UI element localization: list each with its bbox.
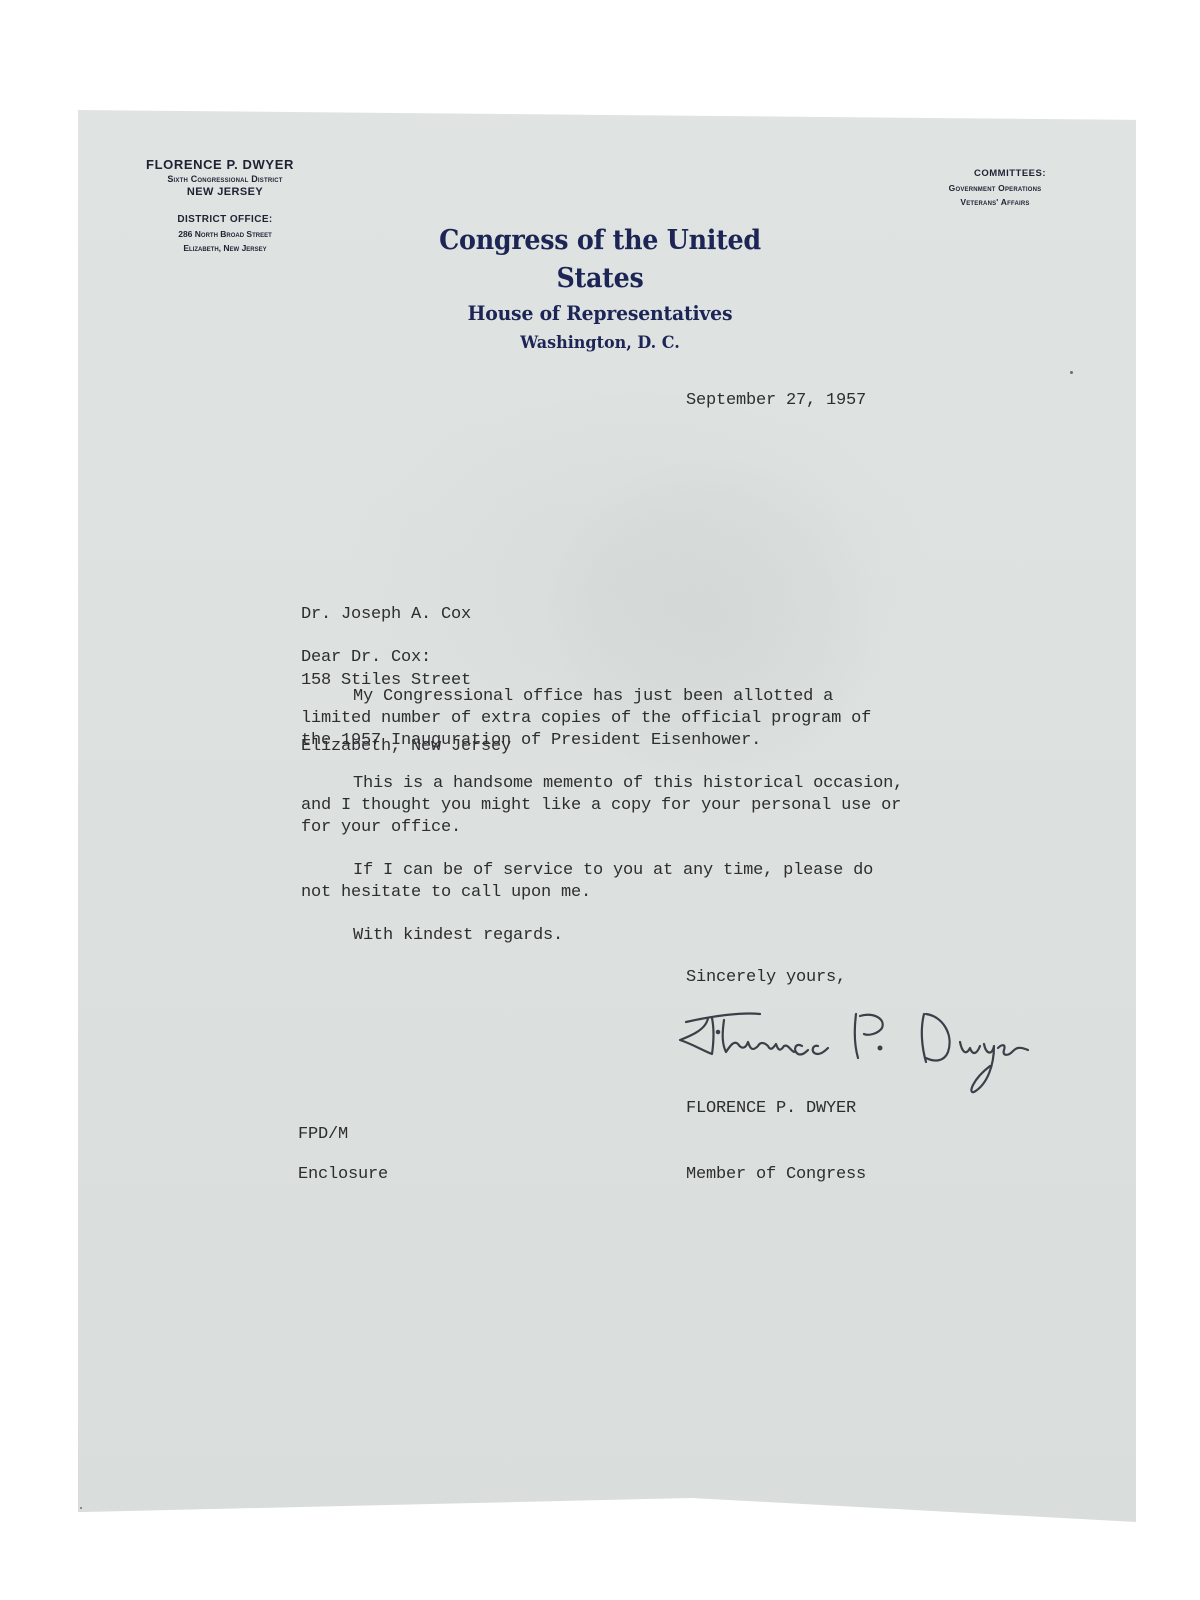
signer-title: Member of Congress [686, 1164, 866, 1186]
member-state: NEW JERSEY [110, 186, 340, 199]
salutation: Dear Dr. Cox: [301, 648, 431, 667]
body-paragraph: If I can be of service to you at any tim… [301, 860, 981, 904]
paper-speck [1070, 371, 1073, 374]
signer-name: FLORENCE P. DWYER [686, 1098, 866, 1120]
body-paragraph: With kindest regards. [301, 925, 981, 947]
recipient-name: Dr. Joseph A. Cox [301, 604, 511, 626]
district-office-street: 286 North Broad Street [110, 227, 340, 241]
closing: Sincerely yours, [686, 968, 846, 987]
letterhead-city: Washington, D. C. [393, 328, 807, 358]
signer-block: FLORENCE P. DWYER Member of Congress [686, 1054, 866, 1208]
letter-date: September 27, 1957 [686, 391, 866, 410]
committees-label: COMMITTEES: [900, 166, 1090, 181]
district-office-label: DISTRICT OFFICE: [110, 213, 340, 227]
body-paragraph: This is a handsome memento of this histo… [301, 773, 981, 839]
committee-item: Government Operations [900, 181, 1090, 195]
letterhead-member-block: FLORENCE P. DWYER Sixth Congressional Di… [110, 157, 340, 255]
enclosure-notation: Enclosure [298, 1165, 388, 1184]
letterhead-subtitle: House of Representatives [393, 298, 807, 328]
member-district: Sixth Congressional District [110, 173, 340, 186]
letterhead-title-block: Congress of the United States House of R… [380, 222, 820, 358]
district-office-city: Elizabeth, New Jersey [110, 241, 340, 255]
paper-speck [80, 1507, 82, 1509]
member-name: FLORENCE P. DWYER [100, 157, 340, 173]
reference-initials: FPD/M [298, 1125, 348, 1144]
letterhead-committees-block: COMMITTEES: Government Operations Vetera… [900, 166, 1090, 209]
body-paragraph: My Congressional office has just been al… [301, 686, 981, 752]
letterhead-title: Congress of the United States [393, 222, 807, 298]
committee-item: Veterans' Affairs [900, 195, 1090, 209]
